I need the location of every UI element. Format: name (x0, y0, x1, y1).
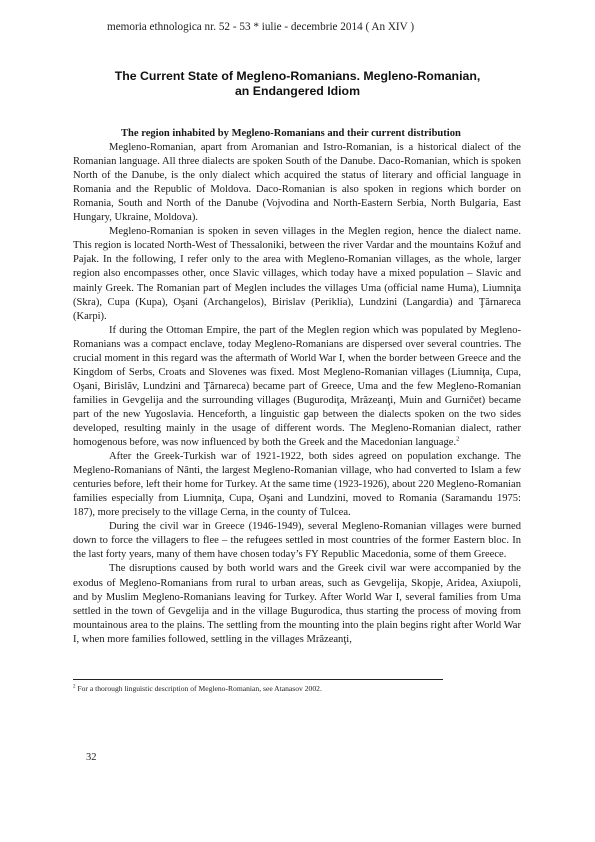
footnote-reference[interactable]: 2 (456, 436, 459, 443)
article-title-line-1: The Current State of Megleno-Romanians. … (70, 69, 525, 84)
paragraph-5: During the civil war in Greece (1946-194… (73, 520, 521, 562)
paragraph-6: The disruptions caused by both world war… (73, 562, 521, 646)
footnote-marker: 2 (73, 684, 76, 689)
footnote-divider (73, 679, 443, 680)
article-body: The region inhabited by Megleno-Romanian… (73, 127, 521, 647)
running-header: memoria ethnologica nr. 52 - 53 * iulie … (107, 20, 414, 34)
paragraph-4: After the Greek-Turkish war of 1921-1922… (73, 450, 521, 520)
paragraph-3: If during the Ottoman Empire, the part o… (73, 324, 521, 450)
paragraph-2: Megleno-Romanian is spoken in seven vill… (73, 225, 521, 323)
article-title: The Current State of Megleno-Romanians. … (70, 69, 525, 99)
article-title-line-2: an Endangered Idiom (70, 84, 525, 99)
page-number: 32 (86, 752, 97, 763)
footnote: 2 For a thorough linguistic description … (73, 684, 513, 694)
paragraph-3-text: If during the Ottoman Empire, the part o… (73, 325, 521, 448)
footnote-text: For a thorough linguistic description of… (77, 684, 321, 693)
section-heading: The region inhabited by Megleno-Romanian… (73, 127, 521, 141)
paragraph-1: Megleno-Romanian, apart from Aromanian a… (73, 141, 521, 225)
